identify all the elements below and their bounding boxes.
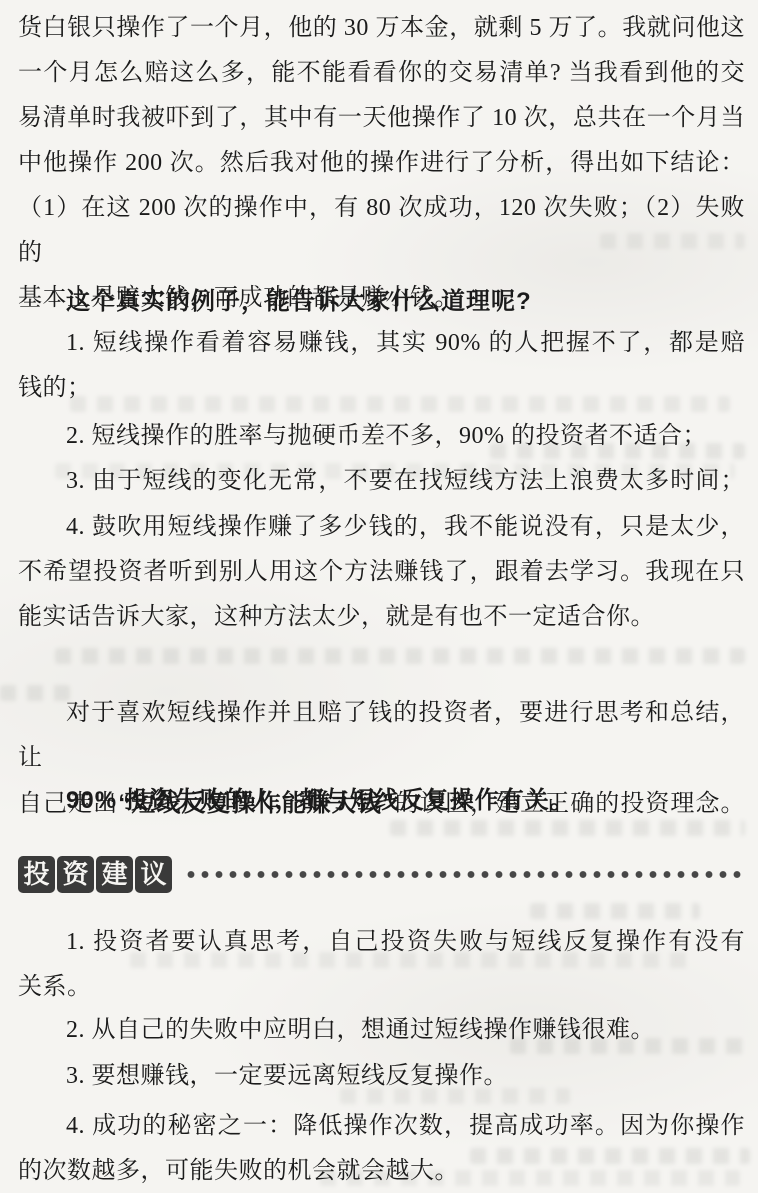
badge-character: 建 <box>96 856 133 893</box>
book-page: 货白银只操作了一个月，他的 30 万本金，就剩 5 万了。我就问他这 一个月怎么… <box>0 0 758 1193</box>
badge-character: 议 <box>135 856 172 893</box>
dotted-leader <box>182 870 745 879</box>
bleed-through-artifact <box>530 903 700 919</box>
paragraph-line: 对于喜欢短线操作并且赔了钱的投资者，要进行思考和总结，让 <box>18 691 745 781</box>
paragraph-line: 易清单时我被吓到了，其中有一天他操作了 10 次，总共在一个月当 <box>18 96 745 141</box>
list-item-line: 能实话告诉大家，这种方法太少，就是有也不一定适合你。 <box>18 595 745 640</box>
lesson-item-2: 2. 短线操作的胜率与抛硬币差不多，90% 的投资者不适合； <box>18 414 745 459</box>
list-item-line: 1. 投资者要认真思考，自己投资失败与短线反复操作有没有 <box>18 920 745 965</box>
lesson-item-4: 4. 鼓吹用短线操作赚了多少钱的，我不能说没有，只是太少， 不希望投资者听到别人… <box>18 505 745 640</box>
key-point: 90% 投资失败的人，都与短线反复操作有关。 <box>18 778 745 823</box>
paragraph-opening: 货白银只操作了一个月，他的 30 万本金，就剩 5 万了。我就问他这 一个月怎么… <box>18 6 745 321</box>
paragraph-line: 一个月怎么赔这么多，能不能看看你的交易清单? 当我看到他的交 <box>18 51 745 96</box>
lesson-item-1: 1. 短线操作看着容易赚钱，其实 90% 的人把握不了，都是赔 钱的； <box>18 321 745 411</box>
advice-item-2: 2. 从自己的失败中应明白，想通过短线操作赚钱很难。 <box>18 1008 745 1053</box>
paragraph-line: 中他操作 200 次。然后我对他的操作进行了分析，得出如下结论： <box>18 141 745 186</box>
question-heading: 这个真实的例子，能告诉大家什么道理呢? <box>18 279 745 324</box>
list-item-line: 关系。 <box>18 965 745 1010</box>
paragraph-line: （1）在这 200 次的操作中，有 80 次成功，120 次失败；（2）失败的 <box>18 186 745 276</box>
list-item-line: 钱的； <box>18 366 745 411</box>
paragraph-line: 货白银只操作了一个月，他的 30 万本金，就剩 5 万了。我就问他这 <box>18 6 745 51</box>
list-item-line: 不希望投资者听到别人用这个方法赚钱了，跟着去学习。我现在只 <box>18 550 745 595</box>
list-item-line: 4. 鼓吹用短线操作赚了多少钱的，我不能说没有，只是太少， <box>18 505 745 550</box>
badge-character: 投 <box>18 856 55 893</box>
list-item-line: 的次数越多，可能失败的机会就会越大。 <box>18 1149 745 1193</box>
advice-section-header: 投 资 建 议 <box>18 855 745 893</box>
bleed-through-artifact <box>55 648 745 664</box>
advice-item-3: 3. 要想赚钱，一定要远离短线反复操作。 <box>18 1054 745 1099</box>
list-item-line: 1. 短线操作看着容易赚钱，其实 90% 的人把握不了，都是赔 <box>18 321 745 366</box>
badge-character: 资 <box>57 856 94 893</box>
advice-item-4: 4. 成功的秘密之一：降低操作次数，提高成功率。因为你操作 的次数越多，可能失败… <box>18 1104 745 1193</box>
advice-item-1: 1. 投资者要认真思考，自己投资失败与短线反复操作有没有 关系。 <box>18 920 745 1010</box>
list-item-line: 4. 成功的秘密之一：降低操作次数，提高成功率。因为你操作 <box>18 1104 745 1149</box>
lesson-item-3: 3. 由于短线的变化无常，不要在找短线方法上浪费太多时间； <box>18 459 745 504</box>
